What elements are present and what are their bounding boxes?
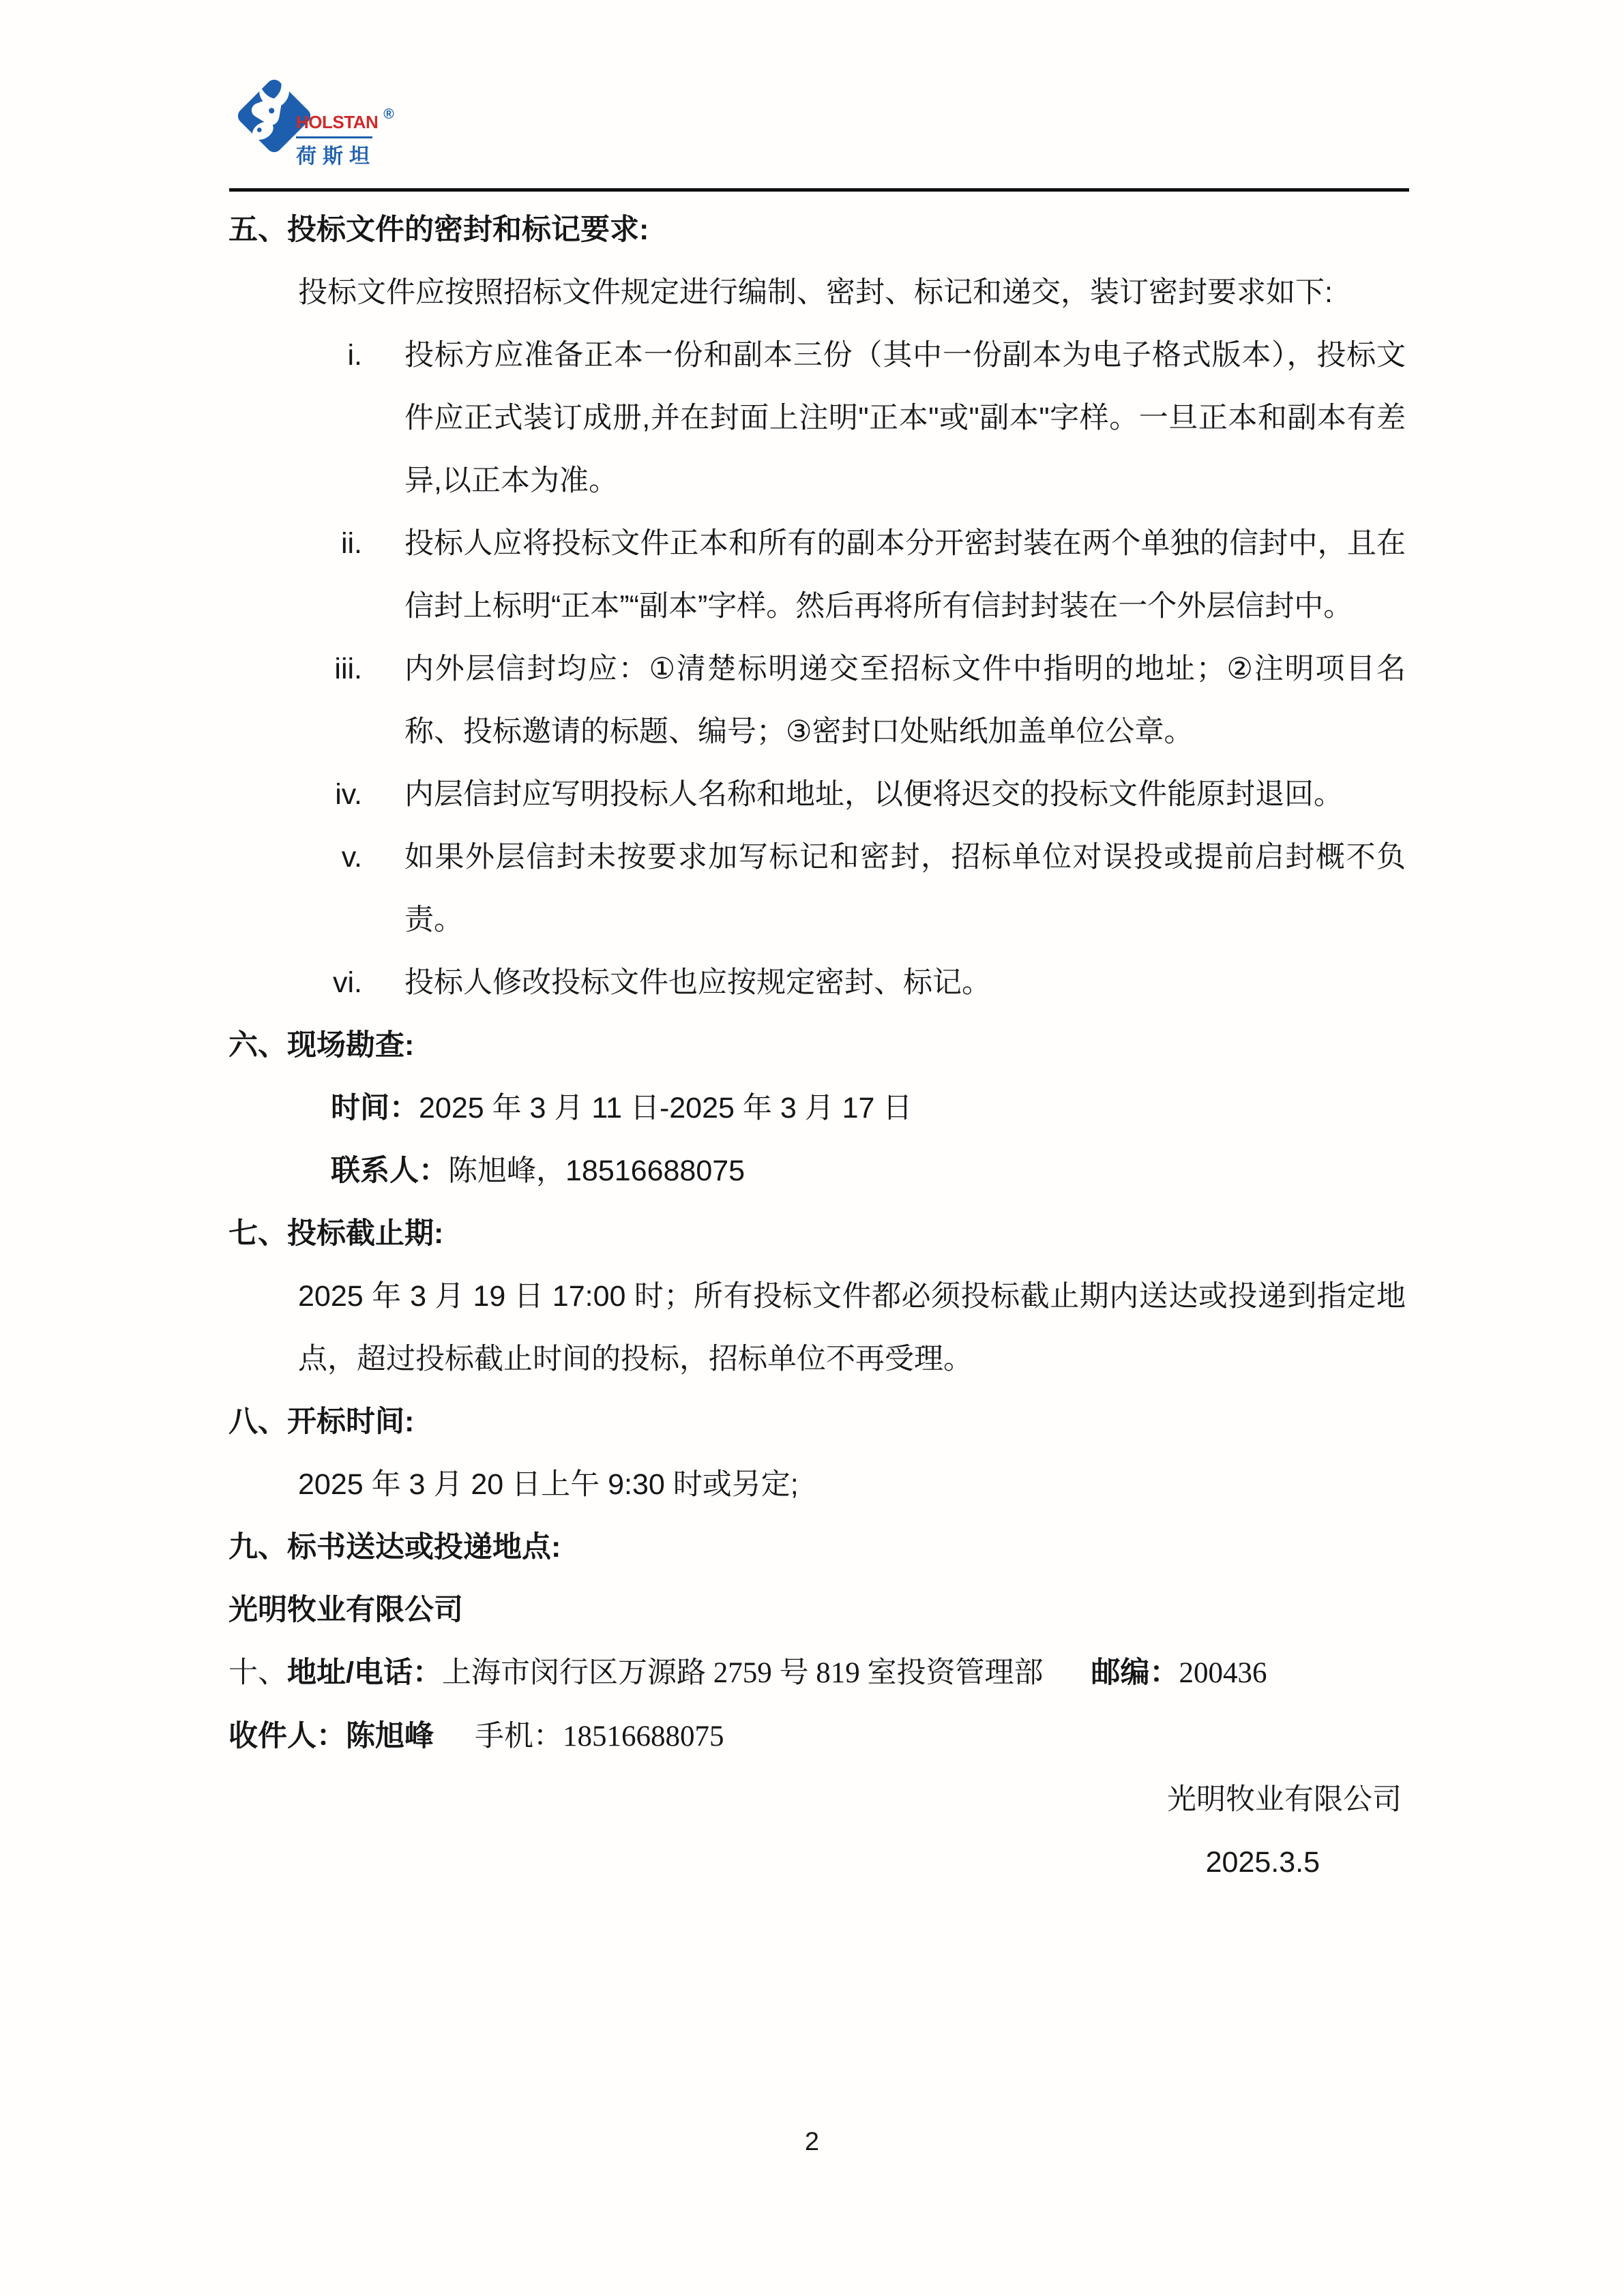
sealing-requirements-list: i. 投标方应准备正本一份和副本三份（其中一份副本为电子格式版本），投标文件应正… <box>228 324 1406 1014</box>
document-content: 五、投标文件的密封和标记要求: 投标文件应按照招标文件规定进行编制、密封、标记和… <box>228 198 1406 1894</box>
time-label: 时间： <box>331 1092 419 1124</box>
list-item-number: ii. <box>228 512 362 638</box>
section-10-prefix: 十、 <box>228 1656 287 1689</box>
header-divider <box>229 188 1409 192</box>
phone-value: 18516688075 <box>563 1720 724 1753</box>
section-7-title: 七、投标截止期: <box>228 1202 1406 1265</box>
contact-value: 陈旭峰，18516688075 <box>448 1154 745 1187</box>
signature-block: 光明牧业有限公司 2025.3.5 <box>228 1768 1406 1894</box>
list-item-text: 投标方应准备正本一份和副本三份（其中一份副本为电子格式版本），投标文件应正式装订… <box>404 324 1406 512</box>
document-page: HOLSTAN® 荷斯坦 五、投标文件的密封和标记要求: 投标文件应按照招标文件… <box>0 0 1624 2296</box>
list-item: iii. 内外层信封均应：①清楚标明递交至招标文件中指明的地址；②注明项目名称、… <box>228 638 1406 763</box>
section-5-title: 五、投标文件的密封和标记要求: <box>228 198 1406 261</box>
logo-brand-row: HOLSTAN® <box>296 112 389 133</box>
section-6-title: 六、现场勘查: <box>228 1014 1406 1077</box>
time-value: 2025 年 3 月 11 日-2025 年 3 月 17 日 <box>419 1092 912 1124</box>
list-item-number: iv. <box>228 763 362 826</box>
phone-group: 手机：18516688075 <box>475 1720 724 1753</box>
zip-group: 邮编：200436 <box>1091 1656 1267 1689</box>
list-item-text: 如果外层信封未按要求加写标记和密封，招标单位对误投或提前启封概不负责。 <box>404 826 1406 951</box>
list-item: vi. 投标人修改投标文件也应按规定密封、标记。 <box>228 951 1406 1014</box>
list-item-text: 投标人修改投标文件也应按规定密封、标记。 <box>404 951 1406 1014</box>
signature-company: 光明牧业有限公司 <box>228 1768 1406 1831</box>
list-item: ii. 投标人应将投标文件正本和所有的副本分开密封装在两个单独的信封中，且在信封… <box>228 512 1406 638</box>
site-survey-contact-line: 联系人：陈旭峰，18516688075 <box>228 1139 1406 1202</box>
list-item-text: 内层信封应写明投标人名称和地址，以便将迟交的投标文件能原封退回。 <box>404 763 1406 826</box>
zip-value: 200436 <box>1179 1657 1267 1689</box>
list-item-text: 投标人应将投标文件正本和所有的副本分开密封装在两个单独的信封中，且在信封上标明“… <box>404 512 1406 638</box>
zip-label: 邮编： <box>1091 1656 1179 1689</box>
site-survey-time-line: 时间：2025 年 3 月 11 日-2025 年 3 月 17 日 <box>228 1077 1406 1139</box>
page-number: 2 <box>0 2126 1624 2158</box>
section-9-title: 九、标书送达或投递地点: <box>228 1516 1406 1579</box>
address-line: 十、地址/电话：上海市闵行区万源路 2759 号 819 室投资管理部邮编：20… <box>228 1641 1406 1705</box>
list-item-number: v. <box>228 826 362 951</box>
section-5-intro: 投标文件应按照招标文件规定进行编制、密封、标记和递交，装订密封要求如下: <box>228 261 1406 324</box>
registered-mark-icon: ® <box>383 106 394 122</box>
list-item: i. 投标方应准备正本一份和副本三份（其中一份副本为电子格式版本），投标文件应正… <box>228 324 1406 512</box>
phone-label: 手机： <box>475 1720 563 1753</box>
list-item: iv. 内层信封应写明投标人名称和地址，以便将迟交的投标文件能原封退回。 <box>228 763 1406 826</box>
list-item-text: 内外层信封均应：①清楚标明递交至招标文件中指明的地址；②注明项目名称、投标邀请的… <box>404 638 1406 763</box>
list-item-number: vi. <box>228 951 362 1014</box>
address-value: 上海市闵行区万源路 2759 号 819 室投资管理部 <box>442 1657 1044 1689</box>
logo-underline <box>296 136 372 138</box>
contact-label: 联系人： <box>331 1154 448 1187</box>
list-item-number: iii. <box>228 638 362 763</box>
address-label: 地址/电话： <box>287 1656 442 1689</box>
list-item: v. 如果外层信封未按要求加写标记和密封，招标单位对误投或提前启封概不负责。 <box>228 826 1406 951</box>
delivery-company-name: 光明牧业有限公司 <box>228 1579 1406 1641</box>
section-7-body: 2025 年 3 月 19 日 17:00 时；所有投标文件都必须投标截止期内送… <box>228 1265 1406 1390</box>
holstan-logo: HOLSTAN® 荷斯坦 <box>231 72 435 175</box>
list-item-number: i. <box>228 324 362 512</box>
signature-date: 2025.3.5 <box>228 1831 1406 1894</box>
section-8-title: 八、开标时间: <box>228 1390 1406 1453</box>
recipient-label: 收件人：陈旭峰 <box>228 1720 434 1753</box>
logo-chinese-text: 荷斯坦 <box>296 139 376 169</box>
logo-brand-text: HOLSTAN <box>296 112 378 132</box>
section-8-body: 2025 年 3 月 20 日上午 9:30 时或另定; <box>228 1453 1406 1516</box>
recipient-line: 收件人：陈旭峰手机：18516688075 <box>228 1705 1406 1768</box>
